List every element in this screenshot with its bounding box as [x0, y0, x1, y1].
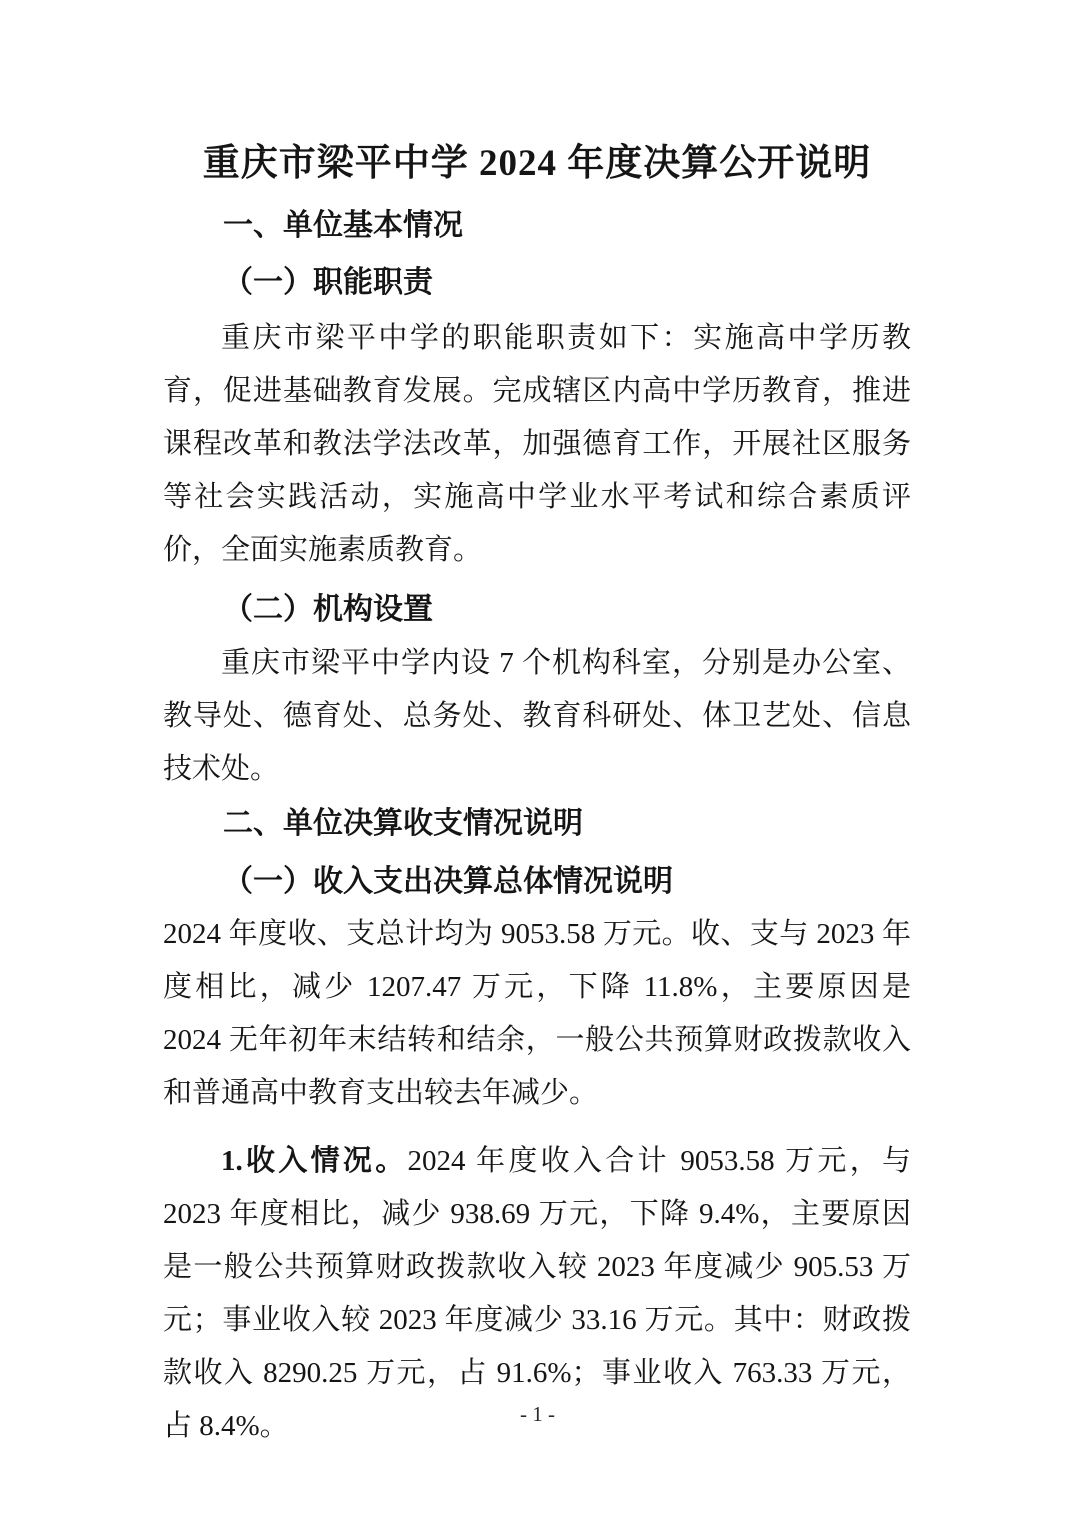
subsection-heading-organization: （二）机构设置 [163, 583, 911, 636]
section-heading-budget: 二、单位决算收支情况说明 [163, 797, 911, 850]
document-page: 重庆市梁平中学 2024 年度决算公开说明 一、单位基本情况 （一）职能职责 重… [0, 0, 1075, 1520]
document-content: 重庆市梁平中学 2024 年度决算公开说明 一、单位基本情况 （一）职能职责 重… [163, 139, 911, 1453]
subsection-heading-duties: （一）职能职责 [163, 256, 911, 309]
section-heading-basic-info: 一、单位基本情况 [163, 199, 911, 252]
paragraph-income-lead: 1.收入情况。 [221, 1145, 408, 1177]
paragraph-duties: 重庆市梁平中学的职能职责如下：实施高中学历教育，促进基础教育发展。完成辖区内高中… [163, 312, 911, 577]
page-number: - 1 - [0, 1401, 1075, 1427]
subsection-heading-overview: （一）收入支出决算总体情况说明 [163, 855, 911, 908]
paragraph-income-body: 2024 年度收入合计 9053.58 万元，与 2023 年度相比，减少 93… [163, 1145, 911, 1442]
paragraph-organization: 重庆市梁平中学内设 7 个机构科室，分别是办公室、教导处、德育处、总务处、教育科… [163, 637, 911, 796]
paragraph-overview: 2024 年度收、支总计均为 9053.58 万元。收、支与 2023 年度相比… [163, 908, 911, 1120]
document-title: 重庆市梁平中学 2024 年度决算公开说明 [163, 139, 911, 189]
